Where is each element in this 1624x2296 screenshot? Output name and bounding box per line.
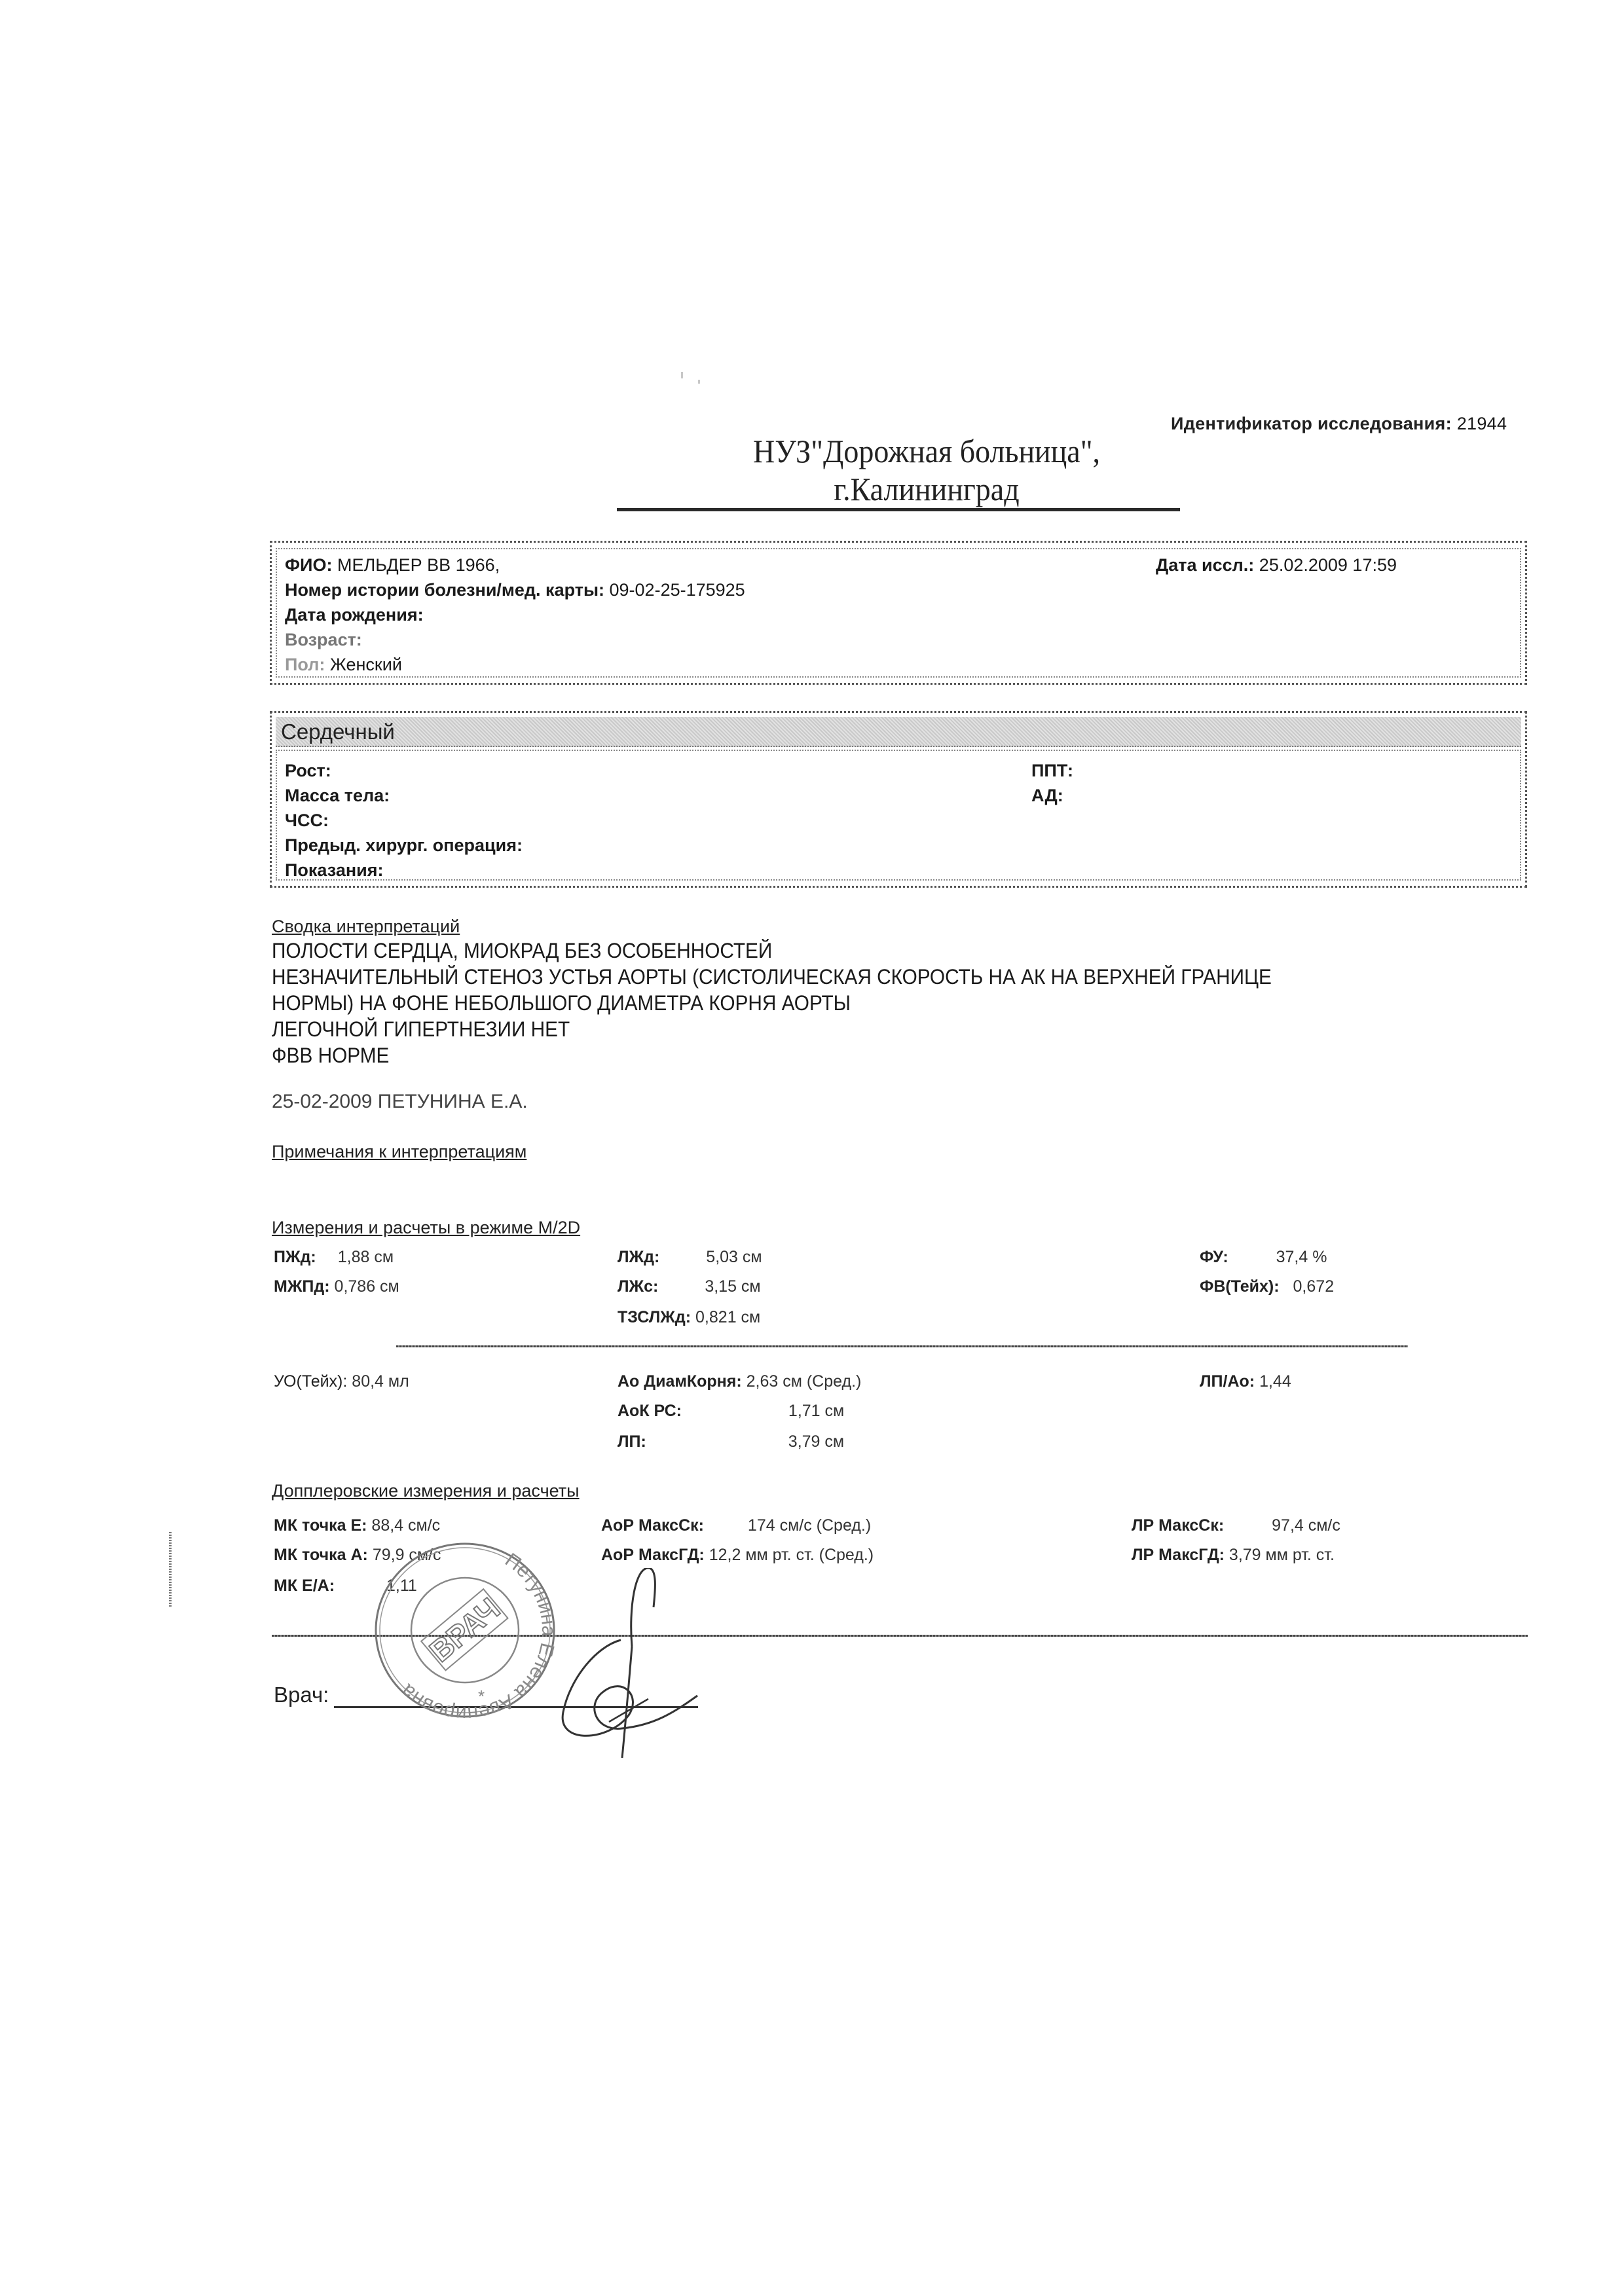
svg-text:*: * (478, 1686, 485, 1706)
birth-date: Дата рождения: (285, 604, 424, 625)
cardiac-inner (276, 750, 1521, 881)
cardiac-header: Сердечный (276, 717, 1521, 747)
measurement-rv-d: ПЖд: 1,88 см (274, 1247, 394, 1267)
measurement-label: МК точка E: (274, 1516, 367, 1535)
measurement-value: 1,88 см (338, 1248, 394, 1266)
sex: Пол: Женский (285, 654, 402, 675)
measurement-label: МЖПд: (274, 1277, 330, 1296)
interpretation-line: ФВВ НОРМЕ (272, 1042, 1272, 1068)
measurement-value: 12,2 мм рт. ст. (Сред.) (709, 1546, 874, 1564)
cardiac-box: Сердечный Рост: Масса тела: ЧСС: Предыд.… (270, 711, 1527, 888)
patient-info-box: ФИО: МЕЛЬДЕР ВВ 1966, Дата иссл.: 25.02.… (270, 541, 1527, 685)
measurement-label: АоР МаксСк: (601, 1516, 704, 1535)
measurement-ao-root: Ао ДиамКорня: 2,63 см (Сред.) (618, 1372, 861, 1391)
bsa-label: ППТ: (1031, 761, 1073, 780)
doppler-pa-maxpg: ЛР МаксГД: 3,79 мм рт. ст. (1132, 1545, 1335, 1565)
measurement-lvpw-d: ТЗСЛЖд: 0,821 см (618, 1307, 760, 1327)
indications-label: Показания: (285, 860, 384, 880)
measurement-value: 1,71 см (788, 1402, 844, 1420)
interpretation-signoff: 25-02-2009 ПЕТУНИНА Е.А. (272, 1091, 528, 1113)
scan-edge-mark (169, 1532, 172, 1607)
measurement-value: 80,4 мл (352, 1372, 409, 1391)
hospital-name: НУЗ"Дорожная больница", (640, 432, 1213, 470)
measurement-value: 37,4 % (1276, 1248, 1327, 1266)
measurement-value: 3,15 см (705, 1277, 760, 1296)
measurement-ivs-d: МЖПд: 0,786 см (274, 1277, 399, 1296)
record-number-label: Номер истории болезни/мед. карты: (285, 580, 604, 600)
notes-title: Примечания к интерпретациям (272, 1142, 526, 1162)
header-rule (617, 508, 1180, 511)
signature-icon (524, 1568, 720, 1758)
measurement-label: АоК РС: (618, 1402, 682, 1420)
measurement-av-sep: АоК РС: 1,71 см (618, 1401, 844, 1421)
measurement-la: ЛП: 3,79 см (618, 1432, 844, 1451)
interpretation-title: Сводка интерпретаций (272, 917, 460, 937)
measurement-value: 1,44 (1259, 1372, 1291, 1391)
interpretation-line: НОРМЫ) НА ФОНЕ НЕБОЛЬШОГО ДИАМЕТРА КОРНЯ… (272, 990, 1272, 1016)
doppler-mv-e: МК точка E: 88,4 см/с (274, 1516, 440, 1535)
hospital-city: г.Калининград (640, 470, 1213, 508)
record-number: Номер истории болезни/мед. карты: 09-02-… (285, 579, 745, 600)
scan-speck (698, 380, 700, 384)
measurement-label: ЛЖс: (618, 1277, 658, 1296)
measurement-la-ao: ЛП/Ао: 1,44 (1200, 1372, 1291, 1391)
study-id-value: 21944 (1457, 414, 1507, 433)
measurement-value: 97,4 см/с (1272, 1516, 1340, 1535)
patient-name: ФИО: МЕЛЬДЕР ВВ 1966, (285, 555, 500, 575)
weight-field: Масса тела: (285, 785, 390, 806)
measurement-label: ЛП/Ао: (1200, 1372, 1255, 1391)
bp-field: АД: (1031, 785, 1063, 806)
prev-surgery-label: Предыд. хирург. операция: (285, 835, 523, 855)
doctor-label: Врач: (274, 1683, 329, 1707)
age: Возраст: (285, 629, 362, 650)
doppler-ao-maxpg: АоР МаксГД: 12,2 мм рт. ст. (Сред.) (601, 1545, 874, 1565)
measurement-value: 88,4 см/с (371, 1516, 440, 1535)
heart-rate-label: ЧСС: (285, 811, 329, 830)
height-label: Рост: (285, 761, 331, 780)
measurement-value: 0,786 см (335, 1277, 399, 1296)
measurement-lv-d: ЛЖд: 5,03 см (618, 1247, 762, 1267)
measurement-label: УО(Тейх): (274, 1372, 347, 1391)
m2d-title: Измерения и расчеты в режиме M/2D (272, 1218, 580, 1238)
measurement-value: 5,03 см (706, 1248, 762, 1266)
measurement-fs: ФУ: 37,4 % (1200, 1247, 1327, 1267)
height-field: Рост: (285, 760, 331, 781)
measurement-value: 0,821 см (695, 1308, 760, 1326)
exam-date-label: Дата иссл.: (1156, 555, 1254, 575)
patient-name-value: МЕЛЬДЕР ВВ 1966, (337, 555, 500, 575)
measurement-label: Ао ДиамКорня: (618, 1372, 742, 1391)
measurement-divider (396, 1345, 1408, 1347)
measurement-value: 3,79 см (788, 1432, 844, 1451)
interpretation-line: ЛЕГОЧНОЙ ГИПЕРТНЕЗИИ НЕТ (272, 1016, 1272, 1042)
interpretation-line: НЕЗНАЧИТЕЛЬНЫЙ СТЕНОЗ УСТЬЯ АОРТЫ (СИСТО… (272, 964, 1272, 990)
study-id: Идентификатор исследования: 21944 (1171, 414, 1507, 434)
birth-date-label: Дата рождения: (285, 605, 424, 625)
bsa-field: ППТ: (1031, 760, 1073, 781)
measurement-sv: УО(Тейх): 80,4 мл (274, 1372, 409, 1391)
heart-rate-field: ЧСС: (285, 810, 329, 831)
sex-label: Пол: (285, 655, 325, 674)
doppler-title: Допплеровские измерения и расчеты (272, 1481, 580, 1501)
measurement-label: МК E/A: (274, 1576, 335, 1595)
measurement-label: ЛР МаксСк: (1132, 1516, 1224, 1535)
measurement-label: ЛР МаксГД: (1132, 1546, 1225, 1564)
measurement-label: ТЗСЛЖд: (618, 1308, 691, 1326)
measurement-value: 3,79 мм рт. ст. (1229, 1546, 1335, 1564)
measurement-label: ПЖд: (274, 1248, 316, 1266)
measurement-value: 174 см/с (Сред.) (748, 1516, 871, 1535)
doppler-ao-vmax: АоР МаксСк: 174 см/с (Сред.) (601, 1516, 871, 1535)
hospital-title: НУЗ"Дорожная больница", г.Калининград (640, 432, 1213, 508)
scan-speck (681, 372, 683, 378)
measurement-value: 2,63 см (Сред.) (747, 1372, 862, 1391)
sex-value: Женский (330, 655, 402, 674)
exam-date: Дата иссл.: 25.02.2009 17:59 (1156, 555, 1397, 575)
cardiac-title: Сердечный (281, 720, 395, 744)
record-number-value: 09-02-25-175925 (610, 580, 745, 600)
measurement-value: 0,672 (1293, 1277, 1335, 1296)
measurement-label: ЛЖд: (618, 1248, 659, 1266)
measurement-label: ЛП: (618, 1432, 646, 1451)
doppler-pa-vmax: ЛР МаксСк: 97,4 см/с (1132, 1516, 1340, 1535)
weight-label: Масса тела: (285, 786, 390, 805)
indications-field: Показания: (285, 860, 384, 881)
measurement-label: ФВ(Тейх): (1200, 1277, 1280, 1296)
age-label: Возраст: (285, 630, 362, 649)
patient-name-label: ФИО: (285, 555, 332, 575)
interpretation-text: ПОЛОСТИ СЕРДЦА, МИОКРАД БЕЗ ОСОБЕННОСТЕЙ… (272, 938, 1347, 1068)
interpretation-line: ПОЛОСТИ СЕРДЦА, МИОКРАД БЕЗ ОСОБЕННОСТЕЙ (272, 938, 1272, 964)
measurement-lv-s: ЛЖс: 3,15 см (618, 1277, 761, 1296)
study-id-label: Идентификатор исследования: (1171, 414, 1452, 433)
prev-surgery-field: Предыд. хирург. операция: (285, 835, 523, 856)
exam-date-value: 25.02.2009 17:59 (1259, 555, 1397, 575)
measurement-label: МК точка A: (274, 1546, 368, 1564)
bp-label: АД: (1031, 786, 1063, 805)
measurement-ef: ФВ(Тейх): 0,672 (1200, 1277, 1334, 1296)
measurement-label: АоР МаксГД: (601, 1546, 705, 1564)
measurement-label: ФУ: (1200, 1248, 1228, 1266)
